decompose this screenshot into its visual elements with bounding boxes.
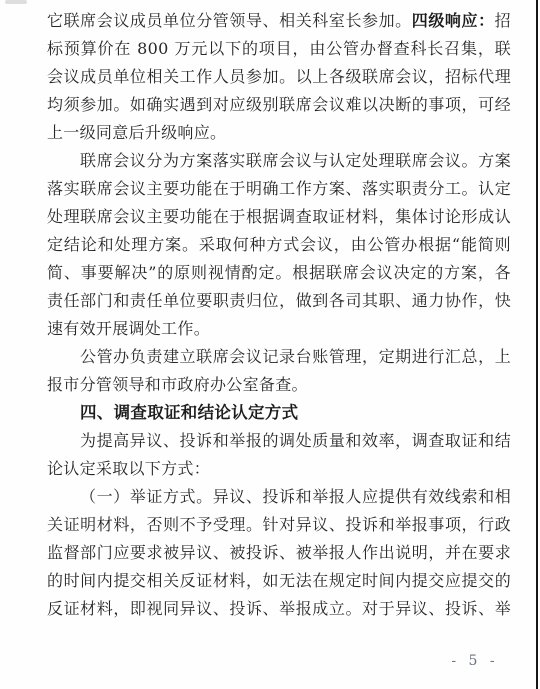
- bold-text-run: 四级响应：: [412, 11, 495, 30]
- text-line: 会议成员单位相关工作人员参加。以上各级联席会议，招标代理: [47, 63, 511, 91]
- text-line: 标预算价在 800 万元以下的项目，由公管办督查科长召集，联席: [47, 35, 511, 63]
- text-run: 它联席会议成员单位分管领导、相关科室长参加。: [47, 11, 412, 30]
- text-line: 速有效开展调处工作。: [47, 315, 511, 343]
- document-text-block: 它联席会议成员单位分管领导、相关科室长参加。四级响应：招 标预算价在 800 万…: [47, 7, 511, 623]
- text-line: 它联席会议成员单位分管领导、相关科室长参加。四级响应：招: [47, 7, 511, 35]
- text-line: 论认定采取以下方式：: [47, 455, 511, 483]
- page-number: - 5 -: [438, 653, 512, 669]
- text-line: 的时间内提交相关反证材料，如无法在规定时间内提交应提交的: [47, 567, 511, 595]
- scan-border-line: [536, 0, 538, 689]
- text-line: 简、事要解决”的原则视情酌定。根据联席会议决定的方案，各: [47, 259, 511, 287]
- text-line: 责任部门和责任单位要职责归位，做到各司其职、通力协作，快: [47, 287, 511, 315]
- text-line: 公管办负责建立联席会议记录台账管理，定期进行汇总，上: [47, 343, 511, 371]
- text-line: 关证明材料，否则不予受理。针对异议、投诉和举报事项，行政: [47, 511, 511, 539]
- section-heading: 四、调查取证和结论认定方式: [47, 399, 511, 427]
- text-line: 均须参加。如确实遇到对应级别联席会议难以决断的事项，可经: [47, 91, 511, 119]
- text-line: 定结论和处理方案。采取何种方式会议，由公管办根据“能简则: [47, 231, 511, 259]
- text-line: 上一级同意后升级响应。: [47, 119, 511, 147]
- text-line: 报市分管领导和市政府办公室备查。: [47, 371, 511, 399]
- text-line: 联席会议分为方案落实联席会议与认定处理联席会议。方案: [47, 147, 511, 175]
- text-line: 落实联席会议主要功能在于明确工作方案、落实职责分工。认定: [47, 175, 511, 203]
- text-line: （一）举证方式。异议、投诉和举报人应提供有效线索和相: [47, 483, 511, 511]
- text-line: 为提高异议、投诉和举报的调处质量和效率，调查取证和结: [47, 427, 511, 455]
- text-line: 监督部门应要求被异议、被投诉、被举报人作出说明，并在要求: [47, 539, 511, 567]
- scan-smudge: [5, 0, 27, 4]
- text-run: 招: [495, 11, 511, 30]
- text-line: 反证材料，即视同异议、投诉、举报成立。对于异议、投诉、举: [47, 595, 511, 623]
- document-page: 它联席会议成员单位分管领导、相关科室长参加。四级响应：招 标预算价在 800 万…: [0, 0, 540, 689]
- text-line: 处理联席会议主要功能在于根据调查取证材料，集体讨论形成认: [47, 203, 511, 231]
